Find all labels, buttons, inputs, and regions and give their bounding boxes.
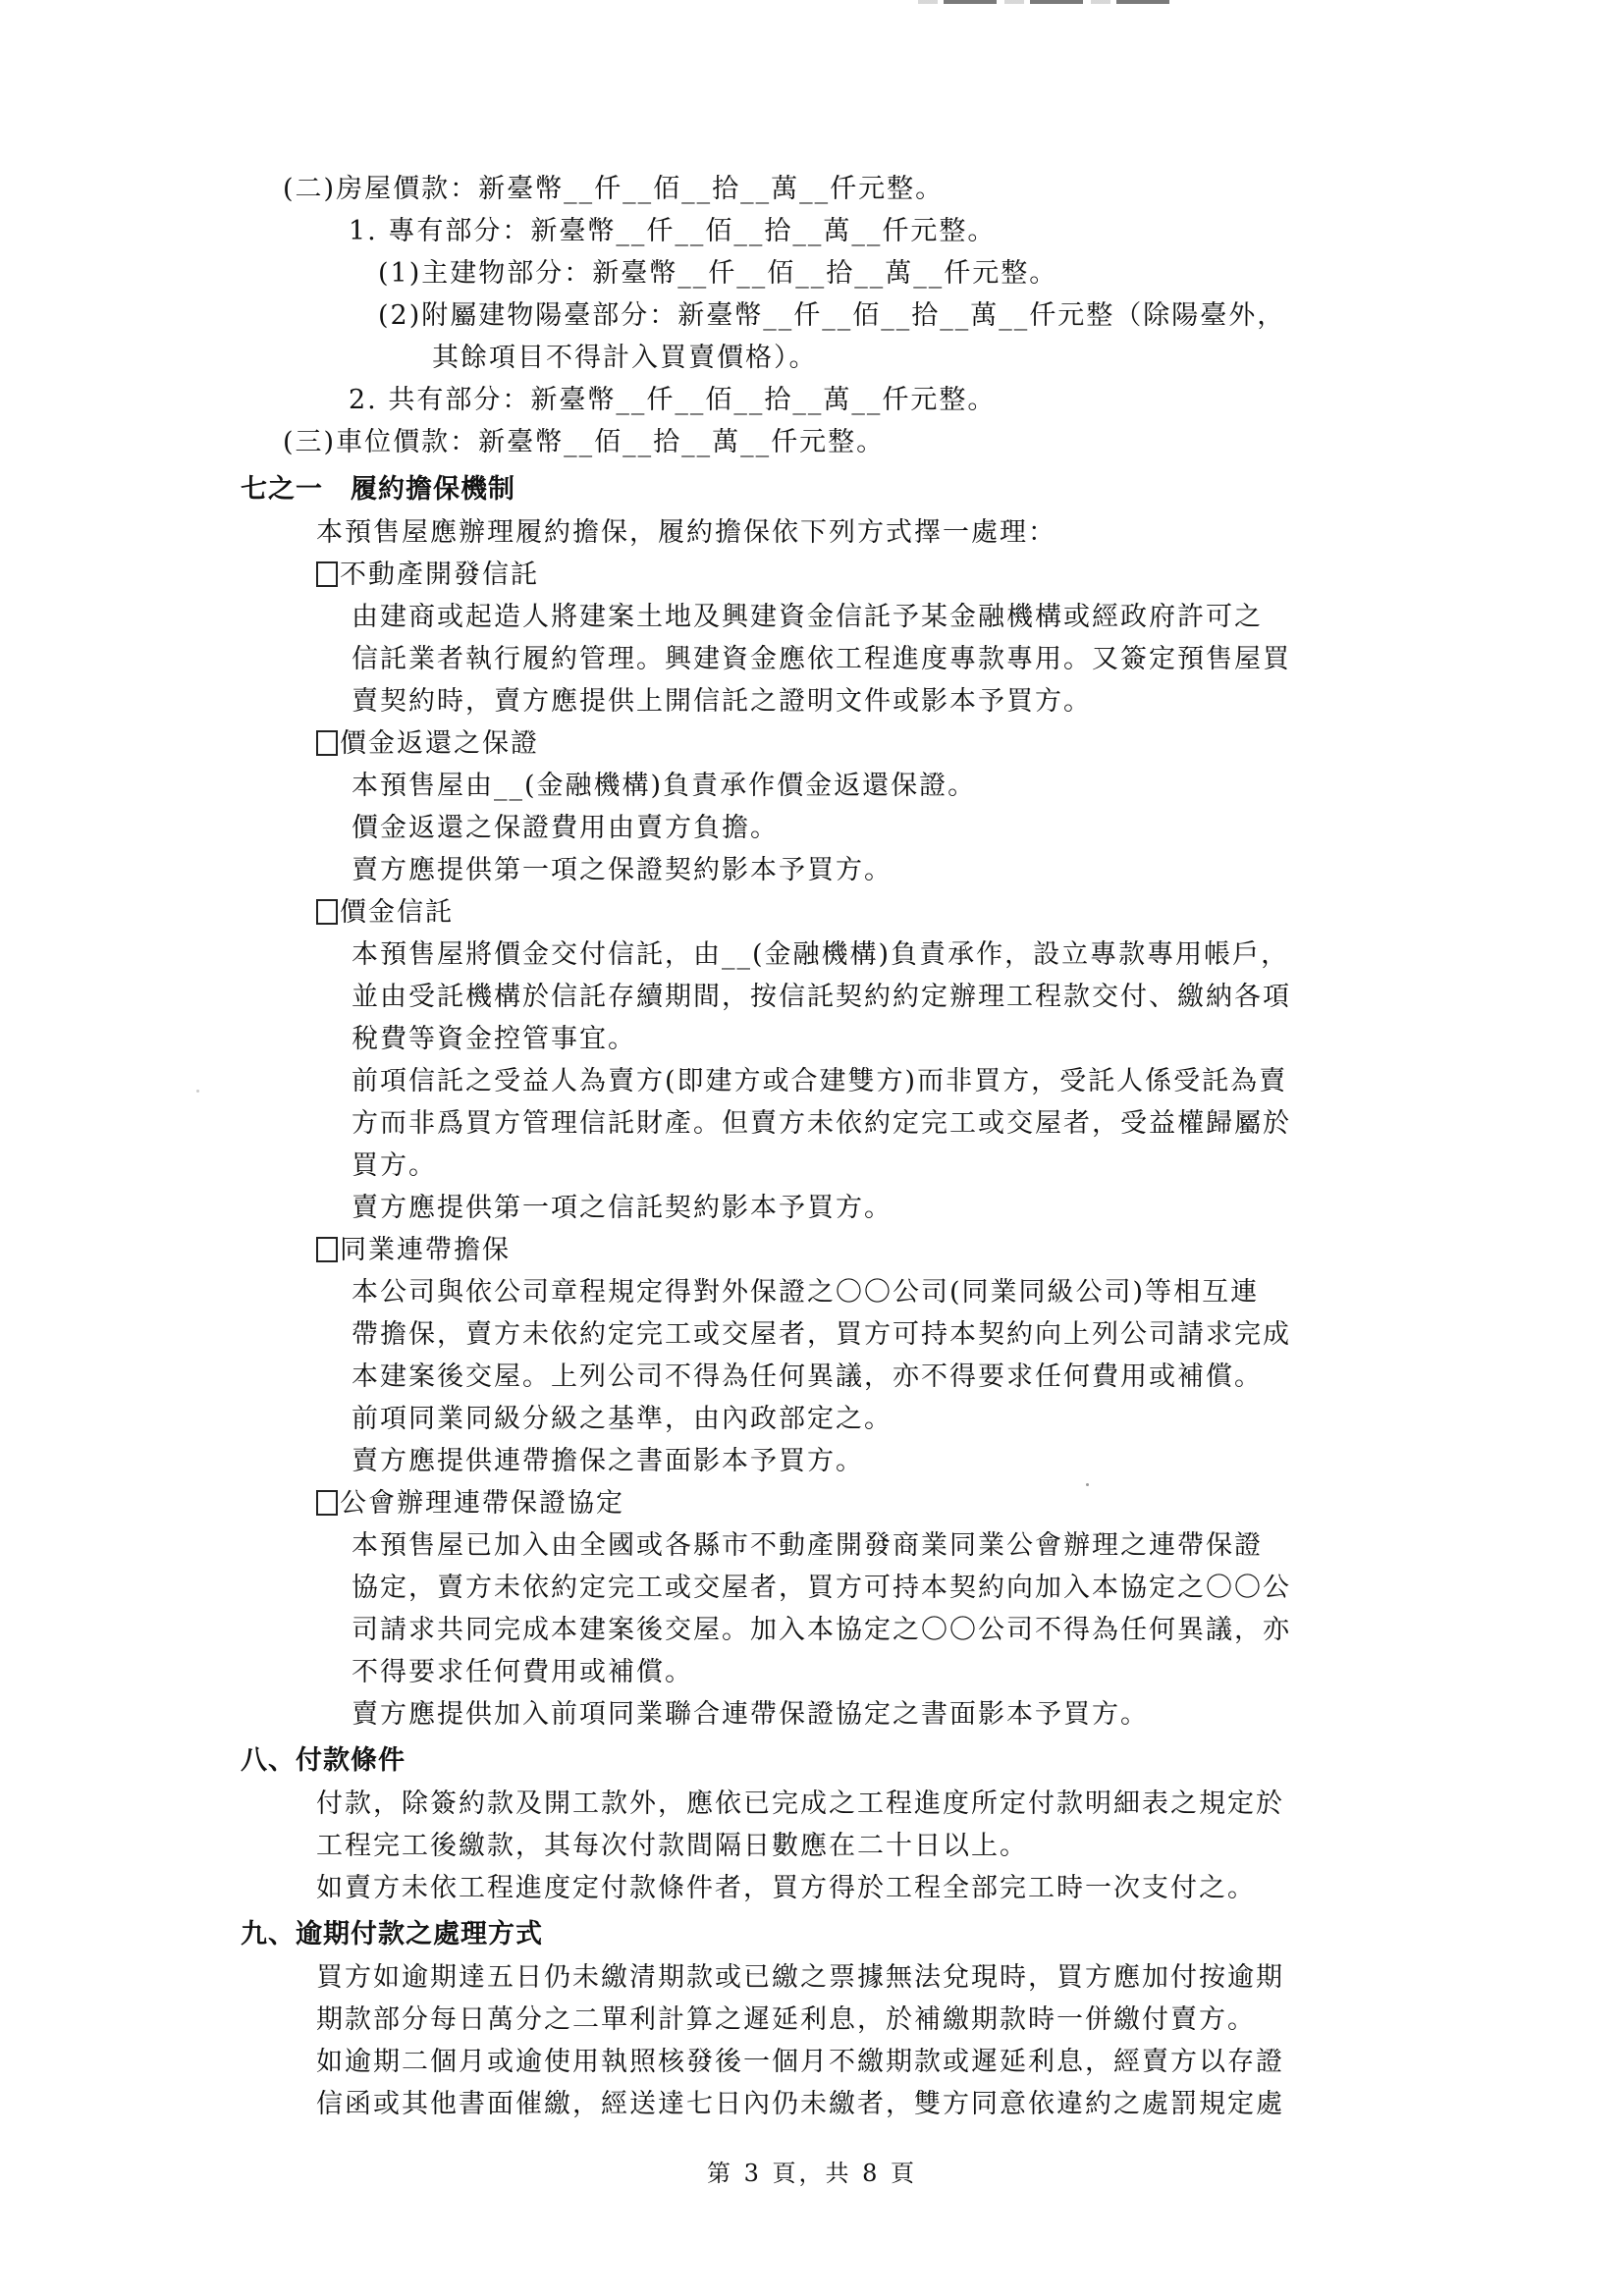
option-label: 價金返還之保證	[340, 728, 539, 759]
option-text: 賣方應提供加入前項同業聯合連帶保證協定之書面影本予買方。	[352, 1698, 1149, 1732]
exclusive-part-line: 1. 專有部分：新臺幣__仟__佰__拾__萬__仟元整。	[349, 215, 996, 248]
section-number: 七之一	[241, 473, 351, 507]
checkbox-icon[interactable]	[316, 730, 338, 756]
section-8-text: 付款，除簽約款及開工款外，應依已完成之工程進度所定付款明細表之規定於	[316, 1788, 1284, 1821]
scan-speck	[196, 1090, 199, 1093]
option-real-estate-trust[interactable]: 不動產開發信託	[316, 559, 539, 592]
option-text: 價金返還之保證費用由賣方負擔。	[352, 812, 779, 845]
parking-price-line: (三)車位價款：新臺幣__佰__拾__萬__仟元整。	[283, 426, 885, 459]
page-indicator: 第 3 頁，共 8 頁	[0, 2154, 1624, 2188]
section-7-1-heading: 七之一履約擔保機制	[241, 473, 515, 507]
option-text: 由建商或起造人將建案土地及興建資金信託予某金融機構或經政府許可之	[352, 601, 1263, 634]
section-title: 履約擔保機制	[351, 474, 515, 505]
option-text: 賣方應提供連帶擔保之書面影本予買方。	[352, 1445, 864, 1478]
option-label: 公會辦理連帶保證協定	[340, 1488, 624, 1519]
checkbox-icon[interactable]	[316, 1237, 338, 1262]
checkbox-icon[interactable]	[316, 561, 338, 587]
option-text: 買方。	[352, 1149, 437, 1183]
section-9-text: 買方如逾期達五日仍未繳清期款或已繳之票據無法兌現時，買方應加付按逾期	[316, 1961, 1284, 1995]
option-label: 價金信託	[340, 897, 454, 928]
option-text: 並由受託機構於信託存續期間，按信託契約約定辦理工程款交付、繳納各項	[352, 981, 1291, 1014]
option-text: 賣契約時，賣方應提供上開信託之證明文件或影本予買方。	[352, 685, 1092, 719]
house-price-line: (二)房屋價款：新臺幣__仟__佰__拾__萬__仟元整。	[283, 173, 944, 206]
scan-speck	[1086, 1483, 1089, 1486]
option-text: 前項同業同級分級之基準，由內政部定之。	[352, 1403, 893, 1436]
balcony-line-1: (2)附屬建物陽臺部分：新臺幣__仟__佰__拾__萬__仟元整（除陽臺外，	[378, 299, 1285, 333]
option-peer-joint-guarantee[interactable]: 同業連帶擔保	[316, 1234, 511, 1267]
scan-artifact	[918, 0, 1173, 4]
checkbox-icon[interactable]	[316, 1490, 338, 1516]
option-text: 信託業者執行履約管理。興建資金應依工程進度專款專用。又簽定預售屋買	[352, 643, 1291, 676]
option-text: 司請求共同完成本建案後交屋。加入本協定之〇〇公司不得為任何異議，亦	[352, 1614, 1291, 1647]
balcony-line-2: 其餘項目不得計入買賣價格）。	[432, 342, 818, 375]
option-text: 不得要求任何費用或補償。	[352, 1656, 693, 1689]
option-text: 賣方應提供第一項之保證契約影本予買方。	[352, 854, 893, 887]
section-9-text: 如逾期二個月或逾使用執照核發後一個月不繳期款或遲延利息，經賣方以存證	[316, 2046, 1284, 2079]
option-association-guarantee[interactable]: 公會辦理連帶保證協定	[316, 1487, 624, 1521]
option-text: 協定，賣方未依約定完工或交屋者，買方可持本契約向加入本協定之〇〇公	[352, 1572, 1291, 1605]
option-text: 帶擔保，賣方未依約定完工或交屋者，買方可持本契約向上列公司請求完成	[352, 1318, 1291, 1352]
option-text: 前項信託之受益人為賣方(即建方或合建雙方)而非買方，受託人係受託為賣	[352, 1065, 1287, 1098]
common-part-line: 2. 共有部分：新臺幣__仟__佰__拾__萬__仟元整。	[349, 384, 996, 417]
option-label: 不動產開發信託	[340, 560, 539, 590]
section-8-text: 工程完工後繳款，其每次付款間隔日數應在二十日以上。	[316, 1830, 1028, 1863]
option-text: 本預售屋已加入由全國或各縣市不動產開發商業同業公會辦理之連帶保證	[352, 1529, 1263, 1563]
option-price-trust[interactable]: 價金信託	[316, 896, 454, 930]
section-7-1-intro: 本預售屋應辦理履約擔保，履約擔保依下列方式擇一處理：	[316, 516, 1056, 550]
section-8-text: 如賣方未依工程進度定付款條件者，買方得於工程全部完工時一次支付之。	[316, 1872, 1256, 1905]
option-text: 本建案後交屋。上列公司不得為任何異議，亦不得要求任何費用或補償。	[352, 1361, 1263, 1394]
section-9-text: 期款部分每日萬分之二單利計算之遲延利息，於補繳期款時一併繳付賣方。	[316, 2003, 1256, 2037]
option-label: 同業連帶擔保	[340, 1235, 511, 1265]
option-refund-guarantee[interactable]: 價金返還之保證	[316, 727, 539, 761]
section-number: 八、	[241, 1745, 296, 1776]
main-building-line: (1)主建物部分：新臺幣__仟__佰__拾__萬__仟元整。	[378, 257, 1057, 291]
section-9-heading: 九、逾期付款之處理方式	[241, 1918, 543, 1951]
option-text: 本預售屋由__(金融機構)負責承作價金返還保證。	[352, 770, 976, 803]
section-9-text: 信函或其他書面催繳，經送達七日內仍未繳者，雙方同意依違約之處罰規定處	[316, 2088, 1284, 2121]
option-text: 方而非爲買方管理信託財產。但賣方未依約定完工或交屋者，受益權歸屬於	[352, 1107, 1291, 1141]
section-number: 九、	[241, 1919, 296, 1949]
option-text: 賣方應提供第一項之信託契約影本予買方。	[352, 1192, 893, 1225]
section-8-heading: 八、付款條件	[241, 1744, 406, 1778]
section-title: 付款條件	[296, 1745, 406, 1776]
option-text: 本公司與依公司章程規定得對外保證之〇〇公司(同業同級公司)等相互連	[352, 1276, 1259, 1309]
option-text: 稅費等資金控管事宜。	[352, 1023, 636, 1056]
scan-speck	[1247, 1289, 1250, 1292]
checkbox-icon[interactable]	[316, 899, 338, 925]
section-title: 逾期付款之處理方式	[296, 1919, 543, 1949]
option-text: 本預售屋將價金交付信託，由__(金融機構)負責承作，設立專款專用帳戶，	[352, 938, 1289, 972]
